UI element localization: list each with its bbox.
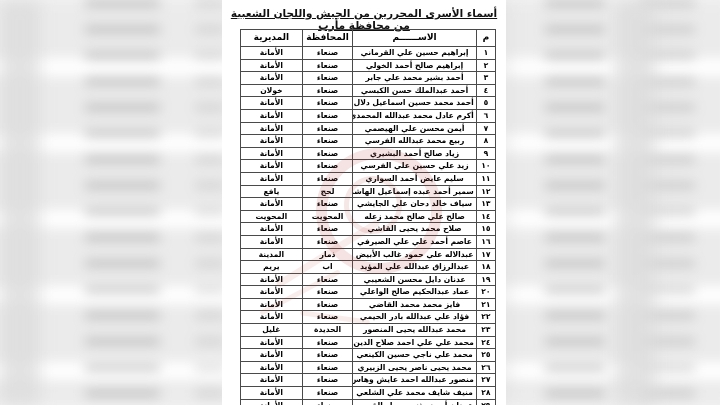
row-governorate-cell: صنعاء	[302, 336, 353, 349]
blur-smudge	[195, 0, 225, 405]
row-governorate-cell: صنعاء	[302, 286, 353, 299]
row-name-cell: صالح علي صالح محمد زعله	[353, 210, 476, 223]
row-district-cell: الأمانة	[241, 311, 303, 324]
row-governorate-cell: صنعاء	[302, 160, 353, 173]
row-name-cell: أحمد محمد حسين اسماعيل دلال	[353, 97, 476, 110]
row-number-cell: ٢٦	[476, 361, 495, 374]
table-row: ٢٦ محمد يحيى ناصر يحيى الزبيري صنعاء الأ…	[241, 361, 496, 374]
table-row: ٢ إبراهيم صالح أحمد الخولي صنعاء الأمانة	[241, 59, 496, 72]
row-name-cell: سليم عايض أحمد السواري	[353, 172, 476, 185]
row-district-cell: الأمانة	[241, 273, 303, 286]
row-number-cell: ١٤	[476, 210, 495, 223]
row-number-cell: ٢٩	[476, 399, 495, 405]
row-name-cell: سمير أحمد عبده إسماعيل الهاشمي	[353, 185, 476, 198]
table-row: ١٩ عدنان دايل محسن الشعيبي صنعاء الأمانة	[241, 273, 496, 286]
row-district-cell: الأمانة	[241, 223, 303, 236]
row-district-cell: يافع	[241, 185, 303, 198]
table-row: ٢١ فايز محمد محمد القاضي صنعاء الأمانة	[241, 298, 496, 311]
row-governorate-cell: صنعاء	[302, 387, 353, 400]
row-governorate-cell: صنعاء	[302, 97, 353, 110]
table-row: ٢٣ محمد عبدالله يحيى المنصور الحديدة غلي…	[241, 324, 496, 337]
table-row: ١٣ سياف خالد دحان علي الجايشي صنعاء الأم…	[241, 198, 496, 211]
row-name-cell: أحمد بشير محمد علي جابر	[353, 72, 476, 85]
row-number-cell: ٧	[476, 122, 495, 135]
row-governorate-cell: اب	[302, 261, 353, 274]
table-row: ٦ أكرم عادل محمد عبدالله المحمدي صنعاء ا…	[241, 109, 496, 122]
blur-smudge	[85, 0, 160, 405]
table-header-row: م الاســــــم المحافظة المديرية	[241, 30, 496, 47]
row-name-cell: محمد يحيى ناصر يحيى الزبيري	[353, 361, 476, 374]
row-governorate-cell: صنعاء	[302, 198, 353, 211]
table-row: ١١ سليم عايض أحمد السواري صنعاء الأمانة	[241, 172, 496, 185]
row-name-cell: محمد عبدالله يحيى المنصور	[353, 324, 476, 337]
table-row: ٤ أحمد عبدالملك حسن الكبسي صنعاء خولان	[241, 84, 496, 97]
row-name-cell: منيف شايف محمد علي الشلعي	[353, 387, 476, 400]
row-name-cell: أحمد عبدالملك حسن الكبسي	[353, 84, 476, 97]
row-name-cell: زياد صالح أحمد البشيري	[353, 147, 476, 160]
row-district-cell: الأمانة	[241, 336, 303, 349]
row-name-cell: عاصم أحمد علي علي الصيرفي	[353, 235, 476, 248]
table-row: ٢٤ محمد علي علي احمد صلاح الدين صنعاء ال…	[241, 336, 496, 349]
row-governorate-cell: صنعاء	[302, 361, 353, 374]
row-district-cell: المدينة	[241, 248, 303, 261]
row-district-cell: يريم	[241, 261, 303, 274]
header-name: الاســــــم	[353, 30, 476, 47]
row-name-cell: صلاح محمد يحيى القاشي	[353, 223, 476, 236]
blur-smudge	[545, 0, 605, 405]
row-number-cell: ١	[476, 47, 495, 60]
row-number-cell: ١٢	[476, 185, 495, 198]
row-governorate-cell: صنعاء	[302, 349, 353, 362]
table-row: ٢٩ همدان أحمد مثنى جسار القيسي صنعاء الأ…	[241, 399, 496, 405]
row-number-cell: ٣	[476, 72, 495, 85]
row-name-cell: فؤاد علي عبدالله بادر الحيمي	[353, 311, 476, 324]
row-governorate-cell: صنعاء	[302, 122, 353, 135]
row-district-cell: الأمانة	[241, 172, 303, 185]
row-district-cell: الأمانة	[241, 147, 303, 160]
table-row: ٥ أحمد محمد حسين اسماعيل دلال صنعاء الأم…	[241, 97, 496, 110]
row-number-cell: ٢	[476, 59, 495, 72]
row-number-cell: ١٠	[476, 160, 495, 173]
row-name-cell: فايز محمد محمد القاضي	[353, 298, 476, 311]
row-district-cell: الأمانة	[241, 198, 303, 211]
table-row: ١٢ سمير أحمد عبده إسماعيل الهاشمي لحج يا…	[241, 185, 496, 198]
row-governorate-cell: ذمار	[302, 248, 353, 261]
row-name-cell: منصور عبدالله احمد عايش وهاس	[353, 374, 476, 387]
table-row: ٣ أحمد بشير محمد علي جابر صنعاء الأمانة	[241, 72, 496, 85]
row-name-cell: سياف خالد دحان علي الجايشي	[353, 198, 476, 211]
row-number-cell: ٥	[476, 97, 495, 110]
row-district-cell: الأمانة	[241, 349, 303, 362]
row-district-cell: الأمانة	[241, 399, 303, 405]
row-number-cell: ٦	[476, 109, 495, 122]
table-row: ١٧ عبدالاله علي حمود غالب الأبيض ذمار ال…	[241, 248, 496, 261]
row-name-cell: إبراهيم صالح أحمد الخولي	[353, 59, 476, 72]
row-name-cell: إبراهيم حسين علي القرماني	[353, 47, 476, 60]
row-number-cell: ١٥	[476, 223, 495, 236]
table-row: ٢٥ محمد علي ناجي حسين الكينعي صنعاء الأم…	[241, 349, 496, 362]
row-number-cell: ١٧	[476, 248, 495, 261]
row-name-cell: عماد عبدالحكيم صالح الواعلي	[353, 286, 476, 299]
row-district-cell: خولان	[241, 84, 303, 97]
row-number-cell: ٢٢	[476, 311, 495, 324]
row-name-cell: زيد علي حسين علي الفرسي	[353, 160, 476, 173]
table-row: ١٦ عاصم أحمد علي علي الصيرفي صنعاء الأما…	[241, 235, 496, 248]
row-district-cell: الأمانة	[241, 160, 303, 173]
row-number-cell: ٩	[476, 147, 495, 160]
row-governorate-cell: صنعاء	[302, 84, 353, 97]
table-row: ١٠ زيد علي حسين علي الفرسي صنعاء الأمانة	[241, 160, 496, 173]
row-number-cell: ١٣	[476, 198, 495, 211]
row-number-cell: ٢٠	[476, 286, 495, 299]
row-name-cell: ربيع محمد عبدالله الفرسي	[353, 135, 476, 148]
row-governorate-cell: صنعاء	[302, 172, 353, 185]
row-district-cell: الأمانة	[241, 374, 303, 387]
row-number-cell: ٢٤	[476, 336, 495, 349]
table-body: ١ إبراهيم حسين علي القرماني صنعاء الأمان…	[241, 47, 496, 405]
row-number-cell: ٢٧	[476, 374, 495, 387]
row-governorate-cell: صنعاء	[302, 399, 353, 405]
table-row: ٢٠ عماد عبدالحكيم صالح الواعلي صنعاء الأ…	[241, 286, 496, 299]
row-district-cell: الأمانة	[241, 286, 303, 299]
row-governorate-cell: المحويت	[302, 210, 353, 223]
row-district-cell: الأمانة	[241, 387, 303, 400]
row-district-cell: الأمانة	[241, 235, 303, 248]
table-row: ١٨ عبدالرزاق عبدالله علي المؤيد اب يريم	[241, 261, 496, 274]
table-row: ١ إبراهيم حسين علي القرماني صنعاء الأمان…	[241, 47, 496, 60]
row-district-cell: الأمانة	[241, 72, 303, 85]
row-district-cell: الأمانة	[241, 122, 303, 135]
row-governorate-cell: صنعاء	[302, 72, 353, 85]
row-district-cell: الأمانة	[241, 135, 303, 148]
row-governorate-cell: صنعاء	[302, 273, 353, 286]
row-governorate-cell: صنعاء	[302, 298, 353, 311]
row-name-cell: عبدالاله علي حمود غالب الأبيض	[353, 248, 476, 261]
row-name-cell: عبدالرزاق عبدالله علي المؤيد	[353, 261, 476, 274]
blur-column-shade	[615, 0, 655, 405]
table-row: ٢٢ فؤاد علي عبدالله بادر الحيمي صنعاء ال…	[241, 311, 496, 324]
row-name-cell: أكرم عادل محمد عبدالله المحمدي	[353, 109, 476, 122]
row-district-cell: الأمانة	[241, 109, 303, 122]
row-number-cell: ٨	[476, 135, 495, 148]
row-governorate-cell: صنعاء	[302, 374, 353, 387]
header-number: م	[476, 30, 495, 47]
row-district-cell: الأمانة	[241, 298, 303, 311]
table-row: ٨ ربيع محمد عبدالله الفرسي صنعاء الأمانة	[241, 135, 496, 148]
row-governorate-cell: صنعاء	[302, 311, 353, 324]
blur-column-shade	[0, 0, 40, 405]
table-row: ١٤ صالح علي صالح محمد زعله المحويت المحو…	[241, 210, 496, 223]
row-number-cell: ٤	[476, 84, 495, 97]
row-district-cell: الأمانة	[241, 361, 303, 374]
row-name-cell: همدان أحمد مثنى جسار القيسي	[353, 399, 476, 405]
table-row: ١٥ صلاح محمد يحيى القاشي صنعاء الأمانة	[241, 223, 496, 236]
row-district-cell: الأمانة	[241, 59, 303, 72]
row-governorate-cell: صنعاء	[302, 59, 353, 72]
row-number-cell: ١٨	[476, 261, 495, 274]
row-name-cell: محمد علي ناجي حسين الكينعي	[353, 349, 476, 362]
row-number-cell: ١٦	[476, 235, 495, 248]
row-governorate-cell: صنعاء	[302, 135, 353, 148]
row-district-cell: الأمانة	[241, 47, 303, 60]
row-number-cell: ٢٥	[476, 349, 495, 362]
row-name-cell: محمد علي علي احمد صلاح الدين	[353, 336, 476, 349]
row-governorate-cell: لحج	[302, 185, 353, 198]
row-governorate-cell: الحديدة	[302, 324, 353, 337]
row-number-cell: ١١	[476, 172, 495, 185]
table-row: ٢٨ منيف شايف محمد علي الشلعي صنعاء الأما…	[241, 387, 496, 400]
row-governorate-cell: صنعاء	[302, 109, 353, 122]
row-district-cell: غليل	[241, 324, 303, 337]
table-row: ٢٧ منصور عبدالله احمد عايش وهاس صنعاء ال…	[241, 374, 496, 387]
header-district: المديرية	[241, 30, 303, 47]
row-district-cell: المحويت	[241, 210, 303, 223]
row-number-cell: ٢١	[476, 298, 495, 311]
row-governorate-cell: صنعاء	[302, 147, 353, 160]
header-governorate: المحافظة	[302, 30, 353, 47]
row-name-cell: أيمن محسن علي الهيصمي	[353, 122, 476, 135]
prisoners-table: م الاســــــم المحافظة المديرية ١ إبراهي…	[240, 29, 496, 405]
row-district-cell: الأمانة	[241, 97, 303, 110]
table-row: ٩ زياد صالح أحمد البشيري صنعاء الأمانة	[241, 147, 496, 160]
table-row: ٧ أيمن محسن علي الهيصمي صنعاء الأمانة	[241, 122, 496, 135]
row-number-cell: ١٩	[476, 273, 495, 286]
row-governorate-cell: صنعاء	[302, 235, 353, 248]
row-number-cell: ٢٣	[476, 324, 495, 337]
row-name-cell: عدنان دايل محسن الشعيبي	[353, 273, 476, 286]
row-governorate-cell: صنعاء	[302, 223, 353, 236]
row-governorate-cell: صنعاء	[302, 47, 353, 60]
row-number-cell: ٢٨	[476, 387, 495, 400]
